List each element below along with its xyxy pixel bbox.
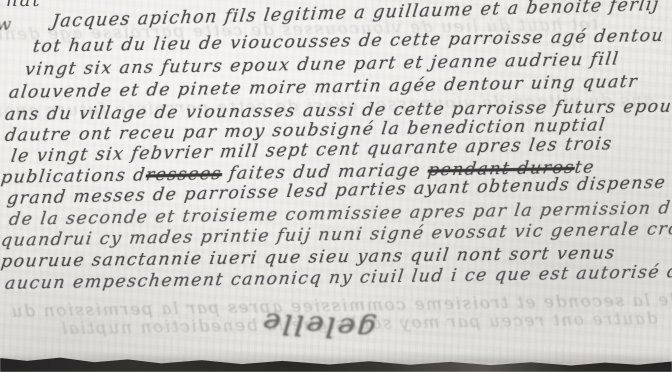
manuscript-scan: tot haut du lieu de vioucousses de cette… bbox=[0, 0, 672, 372]
strikethrough-text: ressees bbox=[145, 164, 224, 185]
cut-off-text-fragment: nat bbox=[6, 0, 42, 11]
handwritten-text: publications d bbox=[0, 165, 147, 188]
ink-layer: Jacques apichon fils legitime a guillaum… bbox=[0, 0, 672, 372]
margin-text-fragment: w bbox=[0, 14, 11, 35]
